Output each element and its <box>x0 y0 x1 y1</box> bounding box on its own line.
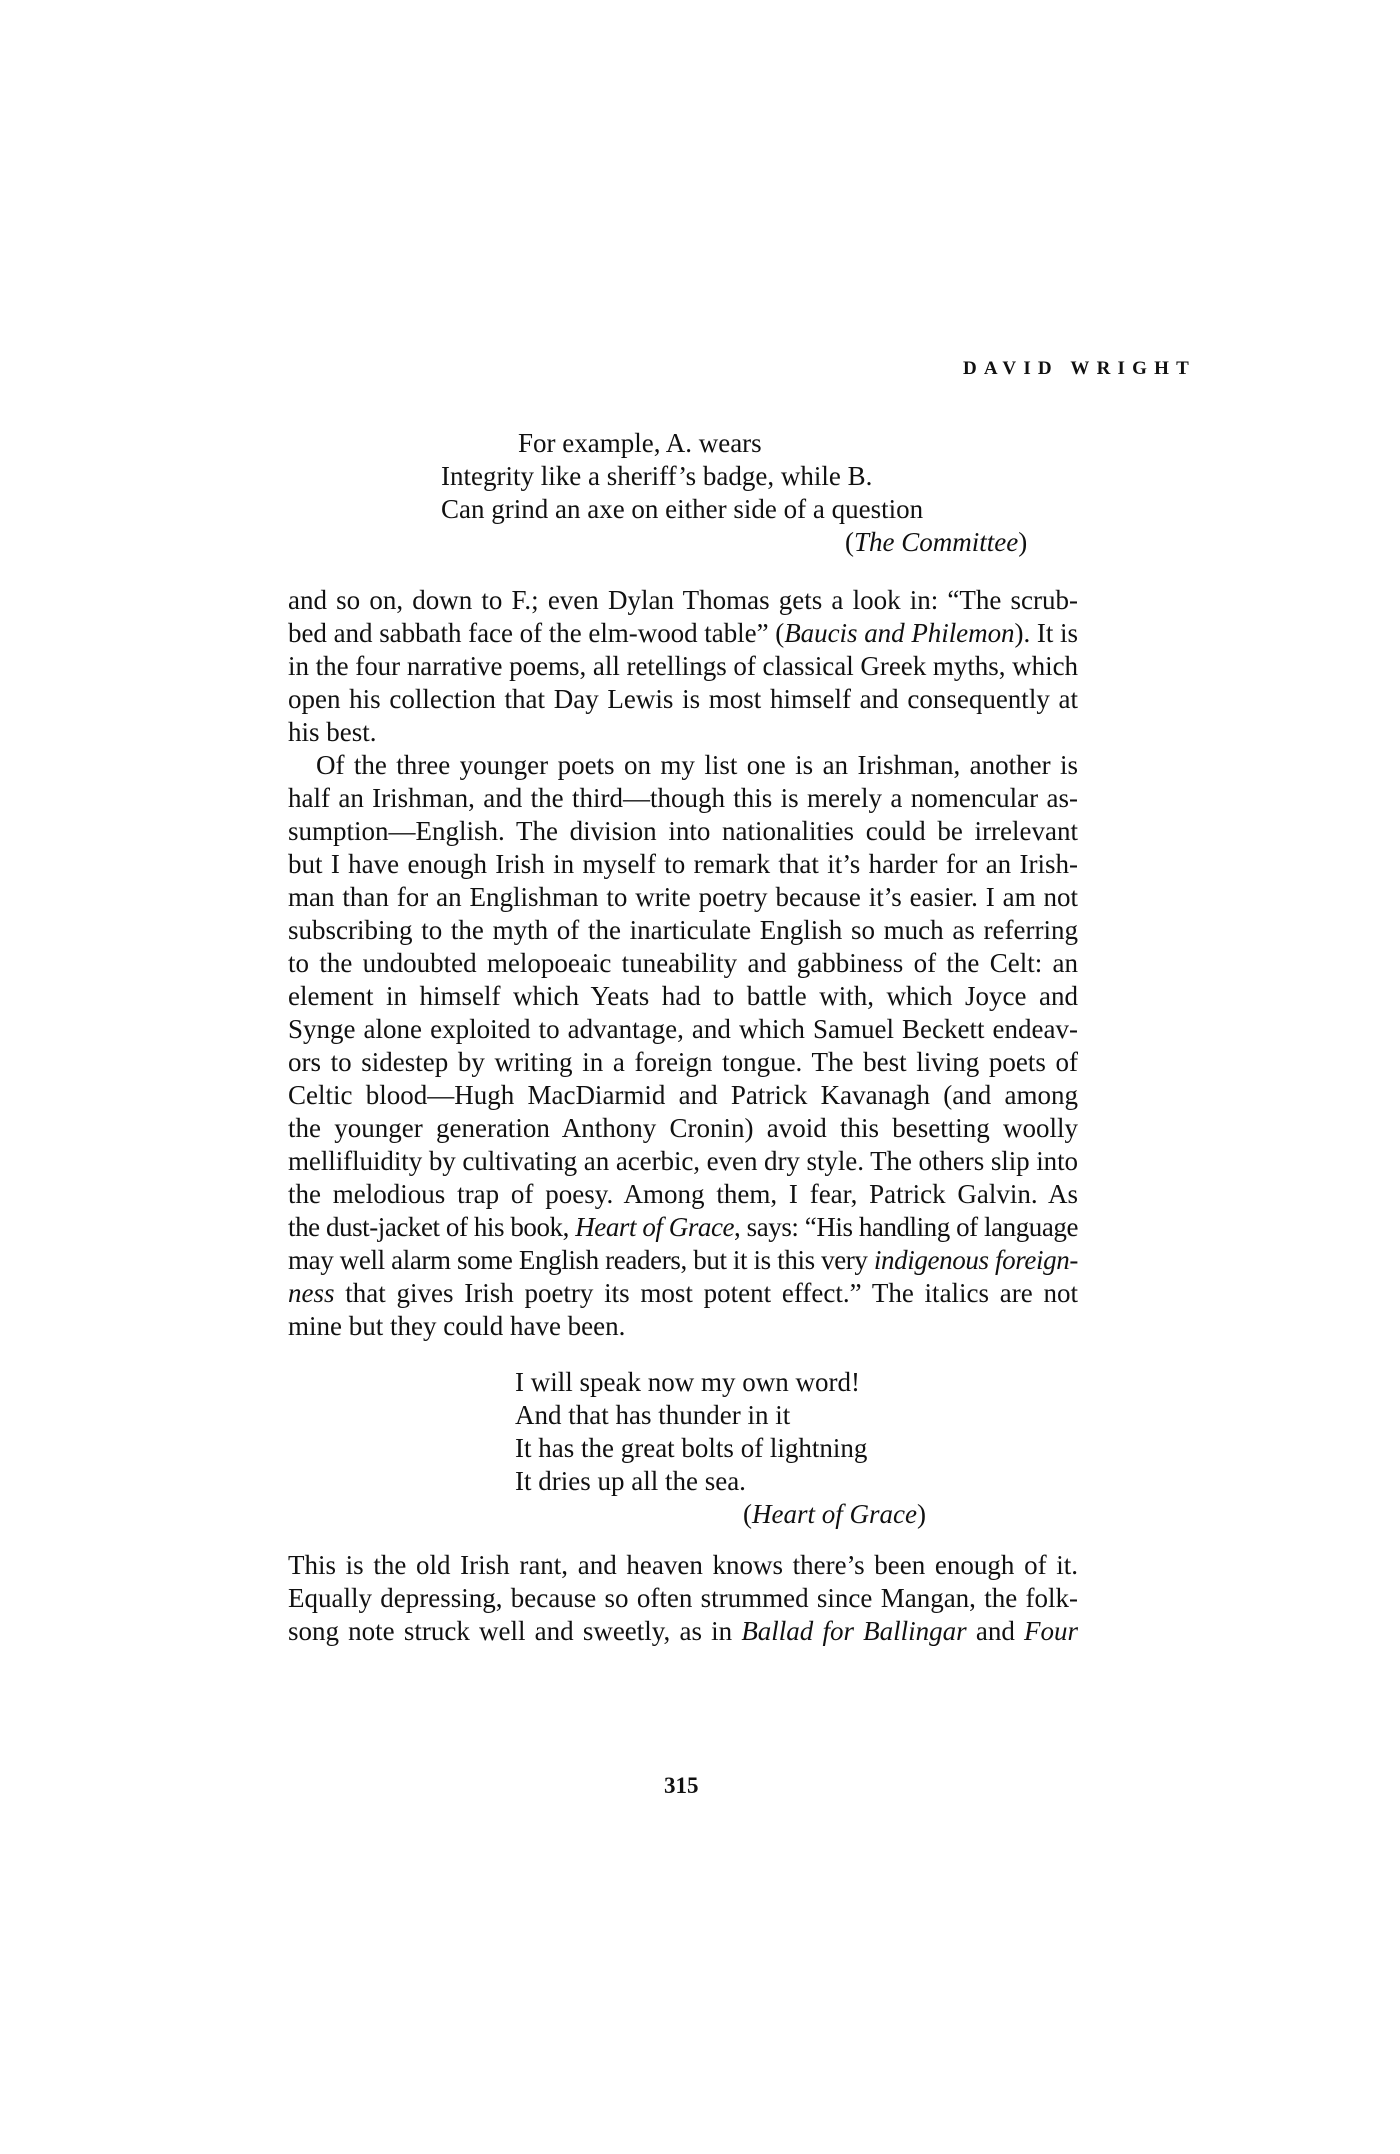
text-line: half an Irishman, and the third—though t… <box>288 782 1078 815</box>
text-line: Of the three younger poets on my list on… <box>288 749 1078 782</box>
paragraph-irish-rant: This is the old Irish rant, and heaven k… <box>288 1549 1078 1648</box>
paragraph-younger-poets: Of the three younger poets on my list on… <box>288 749 1078 1343</box>
text-line: man than for an Englishman to write poet… <box>288 881 1078 914</box>
text-line: but I have enough Irish in myself to rem… <box>288 848 1078 881</box>
text-line: subscribing to the myth of the inarticul… <box>288 914 1078 947</box>
title-four: Four <box>1024 1616 1078 1646</box>
text-line: mellifluidity by cultivating an acerbic,… <box>288 1145 1078 1178</box>
text-line: song note struck well and sweetly, as in… <box>288 1615 1078 1648</box>
text-line: This is the old Irish rant, and heaven k… <box>288 1549 1078 1582</box>
text-line: element in himself which Yeats had to ba… <box>288 980 1078 1013</box>
text-line: ors to sidestep by writing in a foreign … <box>288 1046 1078 1079</box>
verse-quote-heart-of-grace: I will speak now my own word! And that h… <box>515 1366 867 1498</box>
title-heart-of-grace: Heart of Grace <box>575 1212 734 1242</box>
title-baucis-and-philemon: Baucis and Philemon <box>784 618 1014 648</box>
paragraph-day-lewis: and so on, down to F.; even Dylan Thomas… <box>288 584 1078 749</box>
text-line: the dust-jacket of his book, Heart of Gr… <box>288 1211 1078 1244</box>
text-line: and so on, down to F.; even Dylan Thomas… <box>288 584 1078 617</box>
text-line: ness that gives Irish poetry its most po… <box>288 1277 1078 1310</box>
verse-line: Can grind an axe on either side of a que… <box>0 493 1400 526</box>
text-line: to the undoubted melopoeaic tuneability … <box>288 947 1078 980</box>
text-line: Synge alone exploited to advantage, and … <box>288 1013 1078 1046</box>
text-line: mine but they could have been. <box>288 1310 1078 1343</box>
text-line: the younger generation Anthony Cronin) a… <box>288 1112 1078 1145</box>
source-paren-close: ) <box>917 1499 926 1529</box>
italic-phrase: indigenous foreign- <box>874 1245 1078 1275</box>
title-ballad-for-ballingar: Ballad for Ballingar <box>741 1616 966 1646</box>
verse-line: For example, A. wears <box>0 427 1400 460</box>
running-head-author: DAVID WRIGHT <box>963 355 1196 383</box>
source-paren-open: ( <box>743 1499 752 1529</box>
text-line: the melodious trap of poesy. Among them,… <box>288 1178 1078 1211</box>
source-paren-open: ( <box>845 527 854 557</box>
text-line: in the four narrative poems, all retelli… <box>288 650 1078 683</box>
text-line: sumption—English. The division into nati… <box>288 815 1078 848</box>
text-line: his best. <box>288 716 1078 749</box>
italic-phrase: ness <box>288 1278 335 1308</box>
verse-line: Integrity like a sheriff’s badge, while … <box>0 460 1400 493</box>
verse-line: It has the great bolts of lightning <box>515 1432 867 1465</box>
verse-line: I will speak now my own word! <box>515 1366 867 1399</box>
text-line: Equally depressing, because so often str… <box>288 1582 1078 1615</box>
text-line: open his collection that Day Lewis is mo… <box>288 683 1078 716</box>
verse-source-the-committee: (The Committee) <box>845 526 1027 559</box>
verse-source-heart-of-grace: (Heart of Grace) <box>743 1498 926 1531</box>
source-title: Heart of Grace <box>752 1499 917 1529</box>
source-title: The Committee <box>854 527 1018 557</box>
book-page: DAVID WRIGHT For example, A. wears Integ… <box>0 0 1400 2154</box>
source-paren-close: ) <box>1018 527 1027 557</box>
verse-line: And that has thunder in it <box>515 1399 867 1432</box>
verse-line: It dries up all the sea. <box>515 1465 867 1498</box>
page-number: 315 <box>664 1771 699 1801</box>
text-line: bed and sabbath face of the elm-wood tab… <box>288 617 1078 650</box>
text-line: Celtic blood—Hugh MacDiarmid and Patrick… <box>288 1079 1078 1112</box>
text-line: may well alarm some English readers, but… <box>288 1244 1078 1277</box>
verse-quote-the-committee: For example, A. wears Integrity like a s… <box>0 427 1400 526</box>
